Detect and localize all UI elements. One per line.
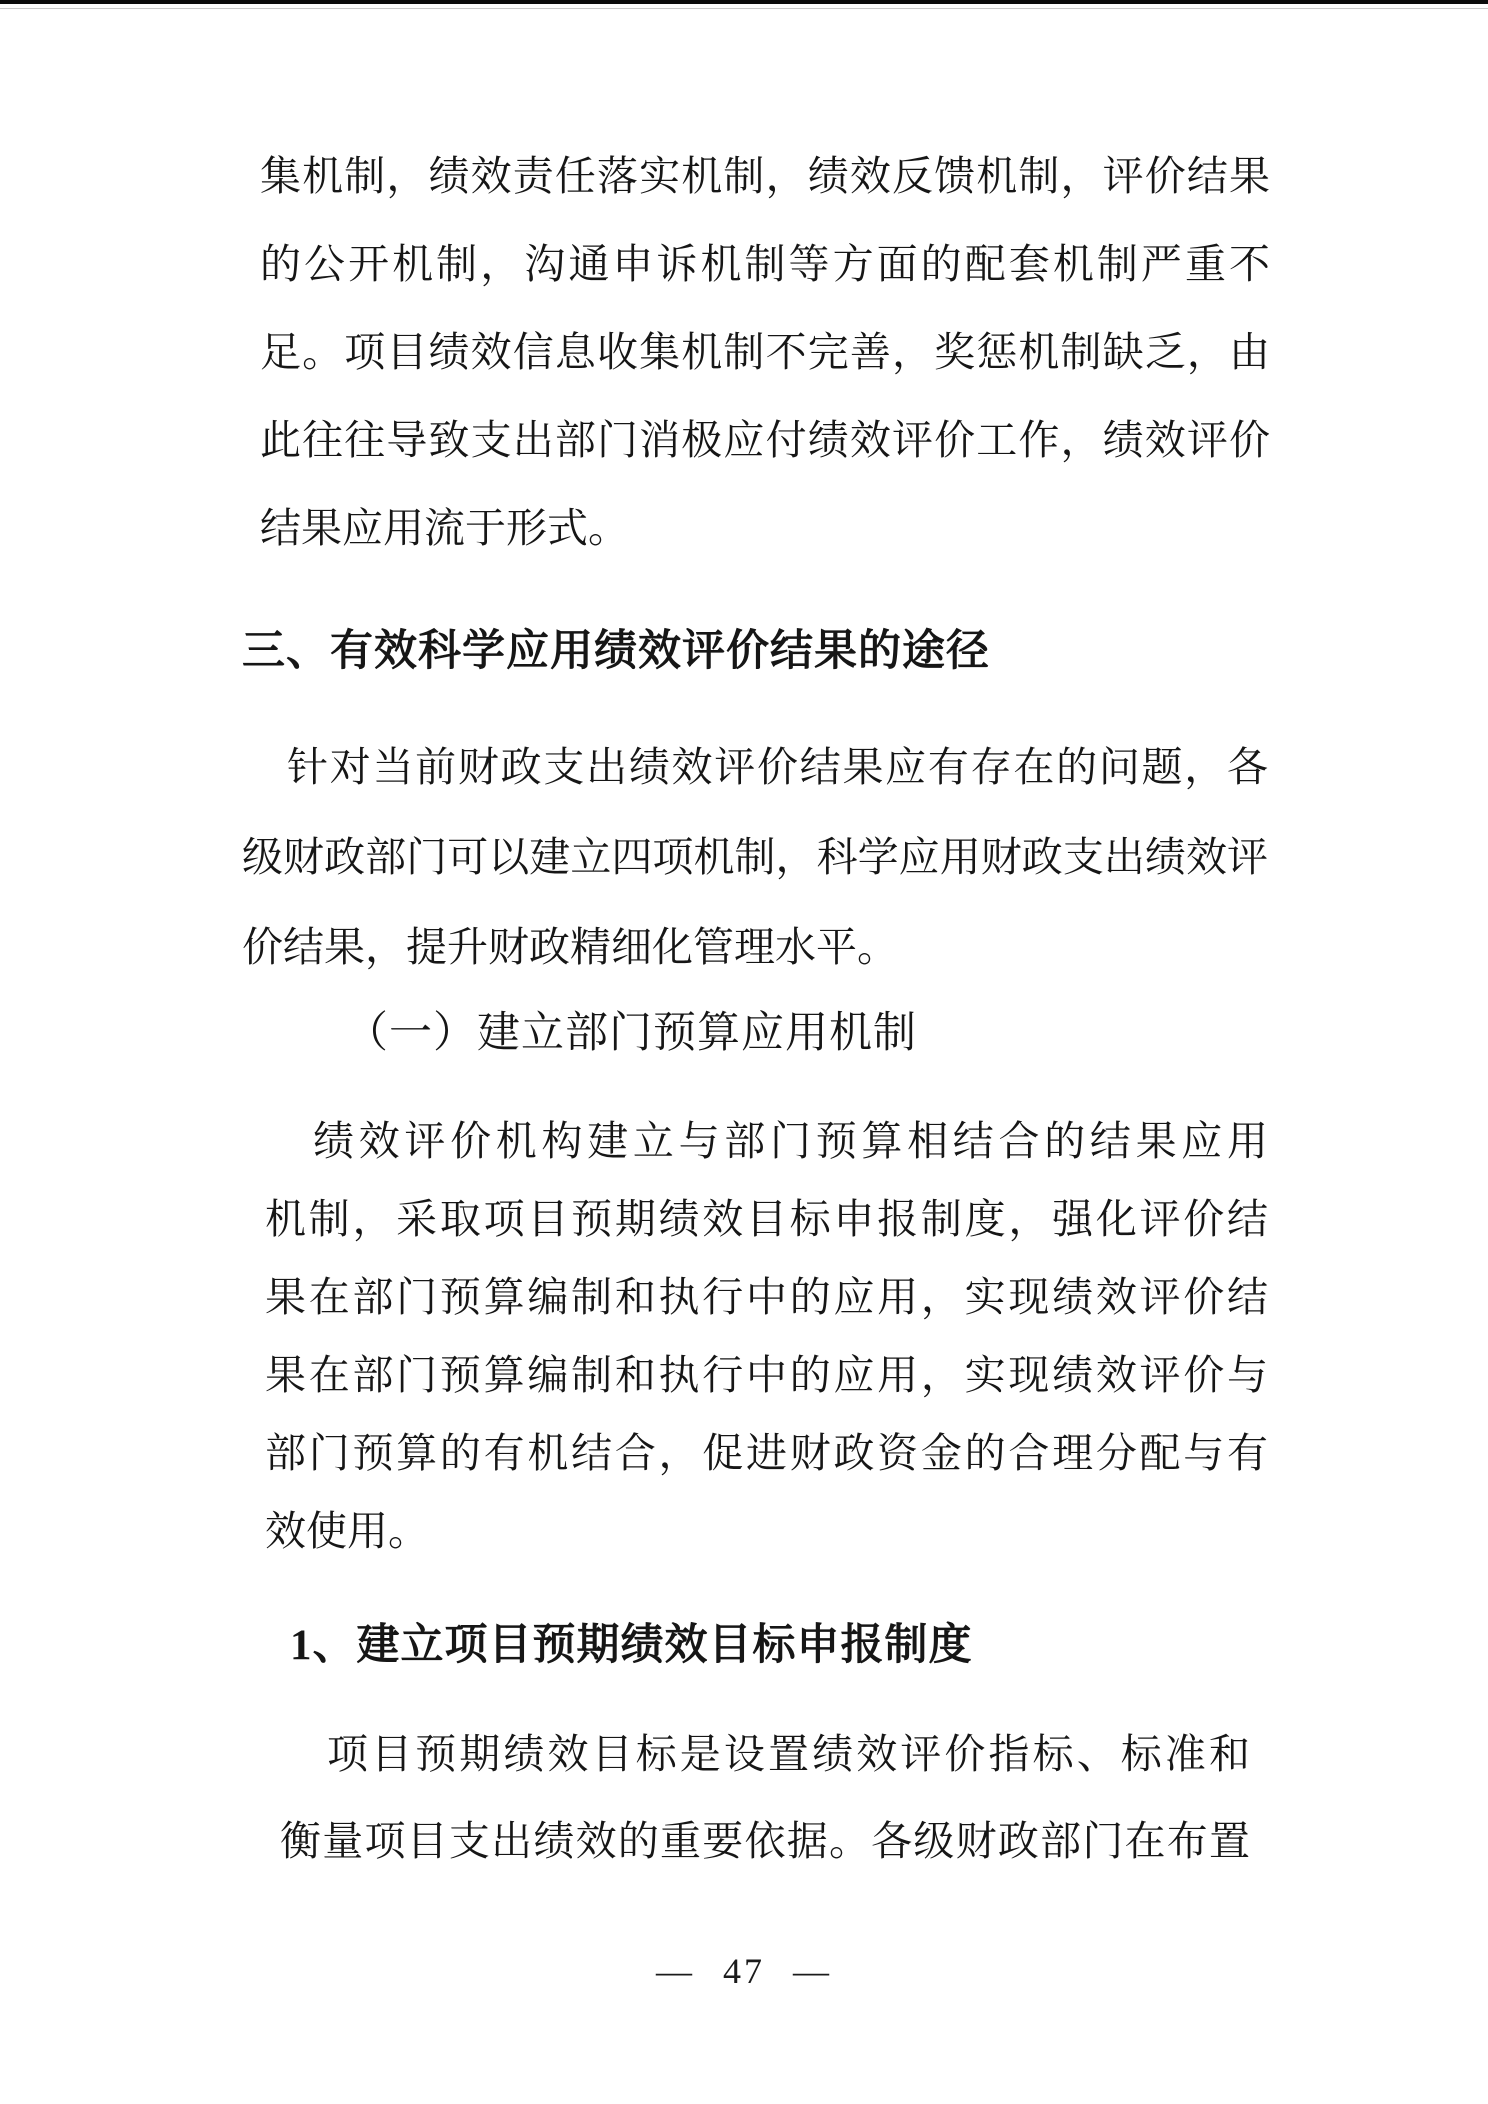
text-line: 果在部门预算编制和执行中的应用，实现绩效评价与 (265, 1336, 1268, 1414)
text-line: 结果应用流于形式。 (260, 484, 1270, 572)
text-line: 果在部门预算编制和执行中的应用，实现绩效评价结 (265, 1258, 1268, 1336)
paragraph-intro: 针对当前财政支出绩效评价结果应有存在的问题，各 级财政部门可以建立四项机制，科学… (242, 722, 1268, 992)
text-line: 价结果，提升财政精细化管理水平。 (242, 902, 1268, 992)
text-line: 集机制，绩效责任落实机制，绩效反馈机制，评价结果 (260, 132, 1270, 220)
scan-top-hairline (0, 8, 1488, 9)
document-page: { "content": { "p1": { "lines": [ "集机制，绩… (0, 0, 1488, 2104)
paragraph-budget-mechanism: 绩效评价机构建立与部门预算相结合的结果应用 机制，采取项目预期绩效目标申报制度，… (265, 1102, 1268, 1570)
text-line: 足。项目绩效信息收集机制不完善，奖惩机制缺乏，由 (260, 308, 1270, 396)
text-line: 效使用。 (265, 1492, 1268, 1570)
text-line: 的公开机制，沟通申诉机制等方面的配套机制严重不 (260, 220, 1270, 308)
text-line: 此往往导致支出部门消极应付绩效评价工作，绩效评价 (260, 396, 1270, 484)
text-line: 机制，采取项目预期绩效目标申报制度，强化评价结 (265, 1180, 1268, 1258)
text-line: 针对当前财政支出绩效评价结果应有存在的问题，各 (242, 722, 1268, 812)
paragraph-carryover: 集机制，绩效责任落实机制，绩效反馈机制，评价结果 的公开机制，沟通申诉机制等方面… (260, 132, 1270, 572)
page-number: — 47 — (0, 1950, 1488, 1992)
paragraph-goal-declaration: 项目预期绩效目标是设置绩效评价指标、标准和 衡量项目支出绩效的重要依据。各级财政… (280, 1711, 1250, 1885)
text-line: 衡量项目支出绩效的重要依据。各级财政部门在布置 (280, 1798, 1250, 1885)
text-line: 部门预算的有机结合，促进财政资金的合理分配与有 (265, 1414, 1268, 1492)
scan-top-edge (0, 0, 1488, 4)
section-heading-3: 三、有效科学应用绩效评价结果的途径 (242, 607, 990, 695)
numbered-heading-1: 1、建立项目预期绩效目标申报制度 (290, 1602, 973, 1690)
text-line: 绩效评价机构建立与部门预算相结合的结果应用 (265, 1102, 1268, 1180)
text-line: 项目预期绩效目标是设置绩效评价指标、标准和 (280, 1711, 1250, 1798)
subsection-heading-1: （一）建立部门预算应用机制 (345, 990, 917, 1078)
text-line: 级财政部门可以建立四项机制，科学应用财政支出绩效评 (242, 812, 1268, 902)
